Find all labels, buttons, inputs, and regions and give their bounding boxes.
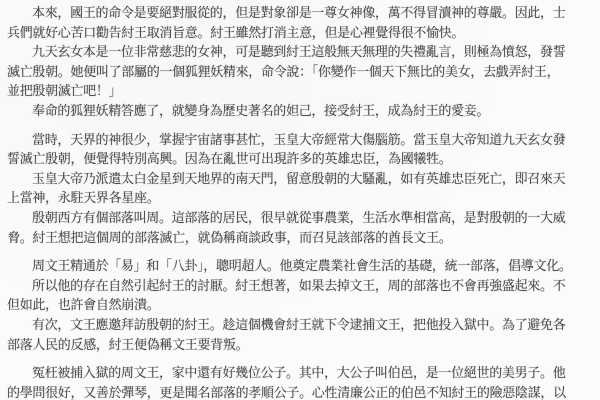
- text-line: 的學問很好，又善於彈琴，更是聞名部落的孝順公子。心性清廉公正的伯邑不知紂王的險惡…: [7, 383, 593, 400]
- text-line: 奉命的狐狸妖精答應了，就變身為歷史著名的妲己，接受紂王，成為紂王的愛妾。: [7, 101, 593, 121]
- text-line: 當時，天界的神很少，掌握宇宙諸事甚忙，玉皇大帝經常大傷腦筋。當玉皇大帝知道九天玄…: [7, 130, 593, 150]
- text-line: 冤枉被捕入獄的周文王，家中還有好幾位公子。其中，大公子叫伯邑，是一位絕世的美男子…: [7, 363, 593, 383]
- text-line: 九天玄女本是一位非常慈悲的女神，可是聽到紂王這般無天無理的失禮亂言，則極為憤怒，…: [7, 42, 593, 62]
- text-line: 脅。紂王想把這個周的部落滅亡，就偽稱商談政事，而召見該部落的酋長文王。: [7, 228, 593, 248]
- text-line: 但如此，也許會自然崩潰。: [7, 295, 593, 315]
- text-line: 周文王精通於「易」和「八卦」，聰明超人。他奠定農業社會生活的基礎，統一部落，倡導…: [7, 256, 593, 276]
- text-line: 有次，文王應邀拜訪殷朝的紂王。趁這個機會紂王就下令逮捕文王，把他投入獄中。為了避…: [7, 315, 593, 335]
- text-line: 上當神，永駐天界各星座。: [7, 188, 593, 208]
- text-line: 兵們就好心苦口勸告紂王取消旨意。紂王雖然打消主意，但是心裡覺得很不愉快。: [7, 23, 593, 43]
- text-line: 部落人民的反感，紂王便偽稱文王要背叛。: [7, 335, 593, 355]
- text-line: 誓滅亡殷朝，便覺得特別高興。因為在亂世可出現許多的英雄忠臣，為國犧牲。: [7, 149, 593, 169]
- text-line: 殷朝西方有個部落叫周。這部落的居民，很早就從事農業，生活水準相當高，是對殷朝的一…: [7, 208, 593, 228]
- text-line: 所以他的存在自然引起紂王的討厭。紂王想著，如果去掉文王，周的部落也不會再強盛起來…: [7, 276, 593, 296]
- text-line: 並把殷朝滅亡吧！」: [7, 81, 593, 101]
- text-line: 玉皇大帝乃派遣太白金星到天地界的南天門，留意殷朝的大騷亂，如有英雄忠臣死亡，即召…: [7, 169, 593, 189]
- scanned-book-page: 本來，國王的命令是要絕對服從的，但是對象卻是一尊女神像，萬不得冒瀆神的尊嚴。因此…: [0, 0, 600, 400]
- text-line: 本來，國王的命令是要絕對服從的，但是對象卻是一尊女神像，萬不得冒瀆神的尊嚴。因此…: [7, 3, 593, 23]
- text-line: 滅亡殷朝。她便叫了部屬的一個狐狸妖精來，命令說：「你變作一個天下無比的美女，去戲…: [7, 62, 593, 82]
